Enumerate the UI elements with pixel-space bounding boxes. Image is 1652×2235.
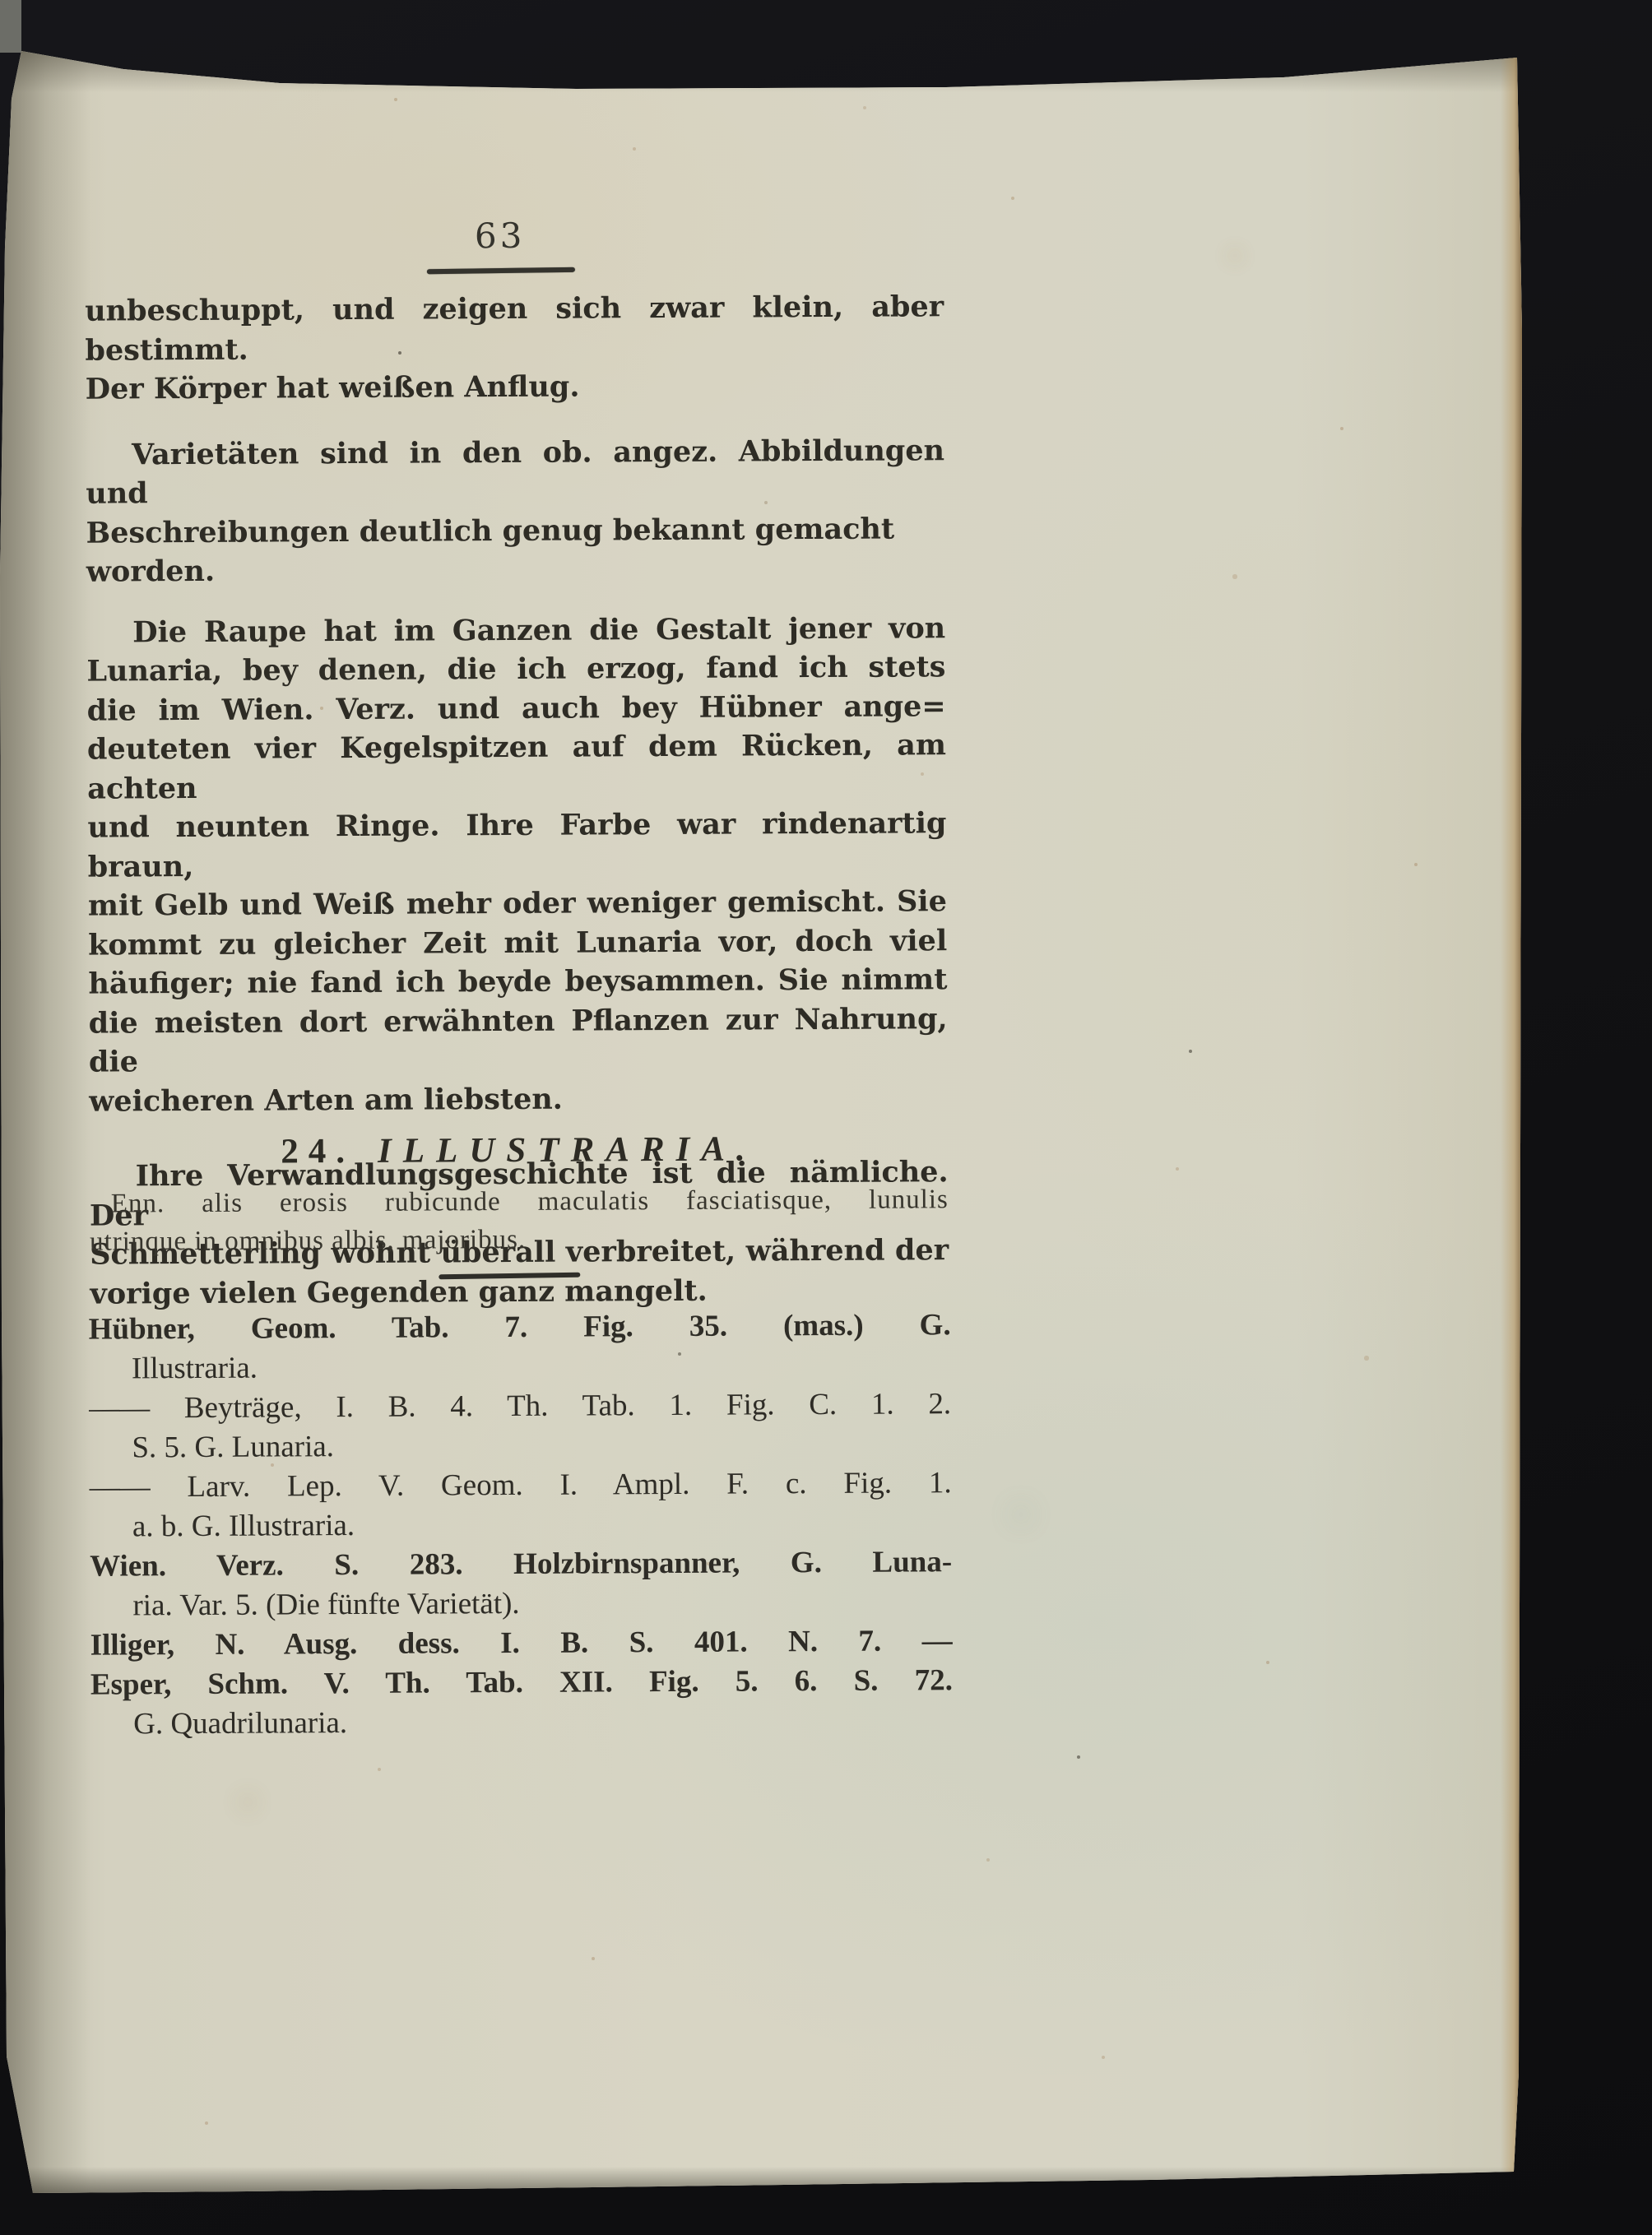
reference-line: —— Beyträge, I. B. 4. Th. Tab. 1. Fig. C… — [89, 1384, 951, 1428]
reference-line: a. b. G. Illustraria. — [90, 1503, 952, 1546]
body-line: Die Raupe hat im Ganzen die Gestalt jene… — [86, 609, 945, 652]
diagnosis-line: Enn. alis erosis rubicunde maculatis fas… — [90, 1180, 949, 1222]
reference-line: Illiger, N. Ausg. dess. I. B. S. 401. N.… — [90, 1621, 953, 1665]
scan-corner-notch — [0, 0, 21, 53]
body-line: kommt zu gleicher Zeit mit Lunaria vor, … — [88, 921, 947, 965]
reference-line: Hübner, Geom. Tab. 7. Fig. 35. (mas.) G. — [89, 1305, 951, 1349]
species-number: 24. — [281, 1132, 355, 1171]
body-paragraph: Die Raupe hat im Ganzen die Gestalt jene… — [86, 609, 948, 1121]
scanned-book-page-photo: 63 unbeschuppt, und zeigen sich zwar kle… — [0, 0, 1652, 2235]
body-line: Beschreibungen deutlich genug bekannt ge… — [86, 509, 944, 591]
body-line: die meisten dort erwähnten Pflanzen zur … — [89, 999, 948, 1082]
body-line: Der Körper hat weißen Anflug. — [86, 365, 944, 409]
reference-line: G. Quadrilunaria. — [90, 1700, 953, 1744]
reference-entry: —— Larv. Lep. V. Geom. I. Ampl. F. c. Fi… — [90, 1463, 952, 1546]
page-number-rule — [427, 267, 575, 275]
book-page-paper: 63 unbeschuppt, und zeigen sich zwar kle… — [0, 0, 1525, 2195]
body-line: und neunten Ringe. Ihre Farbe war rinden… — [87, 804, 946, 886]
reference-entry: Esper, Schm. V. Th. Tab. XII. Fig. 5. 6.… — [90, 1661, 953, 1744]
reference-list: Hübner, Geom. Tab. 7. Fig. 35. (mas.) G.… — [89, 1305, 954, 1744]
body-line: unbeschuppt, und zeigen sich zwar klein,… — [85, 287, 944, 369]
page-number: 63 — [425, 216, 575, 257]
body-line: Lunaria, bey denen, die ich erzog, fand … — [86, 647, 945, 691]
latin-diagnosis: Enn. alis erosis rubicunde maculatis fas… — [90, 1180, 949, 1260]
body-line: weicheren Arten am liebsten. — [89, 1078, 948, 1121]
reference-entry: Wien. Verz. S. 283. Holzbirnspanner, G. … — [90, 1542, 952, 1625]
reference-line: ria. Var. 5. (Die fünfte Varietät). — [90, 1582, 952, 1625]
reference-entry: Illiger, N. Ausg. dess. I. B. S. 401. N.… — [90, 1621, 953, 1665]
body-line: häufiger; nie fand ich beyde beysammen. … — [88, 960, 947, 1004]
body-line: die im Wien. Verz. und auch bey Hübner a… — [87, 687, 946, 730]
species-heading: 24.ILLUSTRARIA. — [89, 1128, 948, 1172]
reference-line: Illustraria. — [89, 1345, 951, 1389]
reference-entry: —— Beyträge, I. B. 4. Th. Tab. 1. Fig. C… — [89, 1384, 951, 1468]
reference-line: Esper, Schm. V. Th. Tab. XII. Fig. 5. 6.… — [90, 1661, 953, 1704]
body-line: mit Gelb und Weiß mehr oder weniger gemi… — [88, 882, 947, 925]
body-paragraph: unbeschuppt, und zeigen sich zwar klein,… — [85, 287, 944, 409]
reference-entry: Hübner, Geom. Tab. 7. Fig. 35. (mas.) G.… — [89, 1305, 951, 1389]
diagnosis-line: utrinque in omnibus albis, majoribus. — [90, 1218, 949, 1260]
reference-line: S. 5. G. Lunaria. — [89, 1424, 951, 1468]
body-line: deuteten vier Kegelspitzen auf dem Rücke… — [87, 726, 946, 808]
body-line: Varietäten sind in den ob. angez. Abbild… — [86, 431, 944, 513]
reference-line: —— Larv. Lep. V. Geom. I. Ampl. F. c. Fi… — [90, 1463, 952, 1507]
printed-page-content: 63 unbeschuppt, und zeigen sich zwar kle… — [0, 0, 1531, 2197]
species-name: ILLUSTRARIA. — [355, 1129, 757, 1171]
body-paragraph: Varietäten sind in den ob. angez. Abbild… — [86, 431, 945, 591]
reference-line: Wien. Verz. S. 283. Holzbirnspanner, G. … — [90, 1542, 952, 1586]
